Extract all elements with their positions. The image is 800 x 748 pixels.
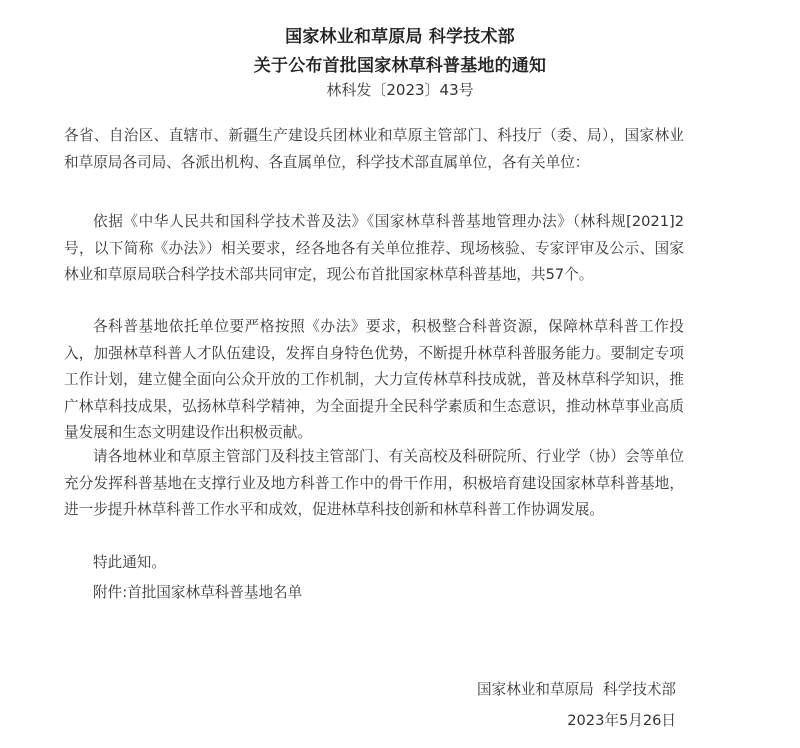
body-paragraph-requirements: 各科普基地依托单位要严格按照《办法》要求，积极整合科普资源，保障林草科普工作投入… [64,314,684,447]
document-title-issuers: 国家林业和草原局 科学技术部 [0,22,800,47]
closing-text: 特此通知。 [64,550,684,577]
notice-document: 国家林业和草原局 科学技术部 关于公布首批国家林草科普基地的通知 林科发〔202… [0,0,800,748]
addressee-paragraph: 各省、自治区、直辖市、新疆生产建设兵团林业和草原主管部门、科技厅（委、局），国家… [64,123,684,176]
document-title-subject: 关于公布首批国家林草科普基地的通知 [0,51,800,76]
document-number: 林科发〔2023〕43号 [0,79,800,100]
attachment-text: 附件:首批国家林草科普基地名单 [64,580,684,607]
signature-issuers: 国家林业和草原局 科学技术部 [477,678,676,699]
signature-date: 2023年5月26日 [567,709,676,730]
body-paragraph-request: 请各地林业和草原主管部门及科技主管部门、有关高校及科研院所、行业学（协）会等单位… [64,444,684,524]
body-paragraph-basis: 依据《中华人民共和国科学技术普及法》《国家林草科普基地管理办法》（林科规[202… [64,209,684,289]
